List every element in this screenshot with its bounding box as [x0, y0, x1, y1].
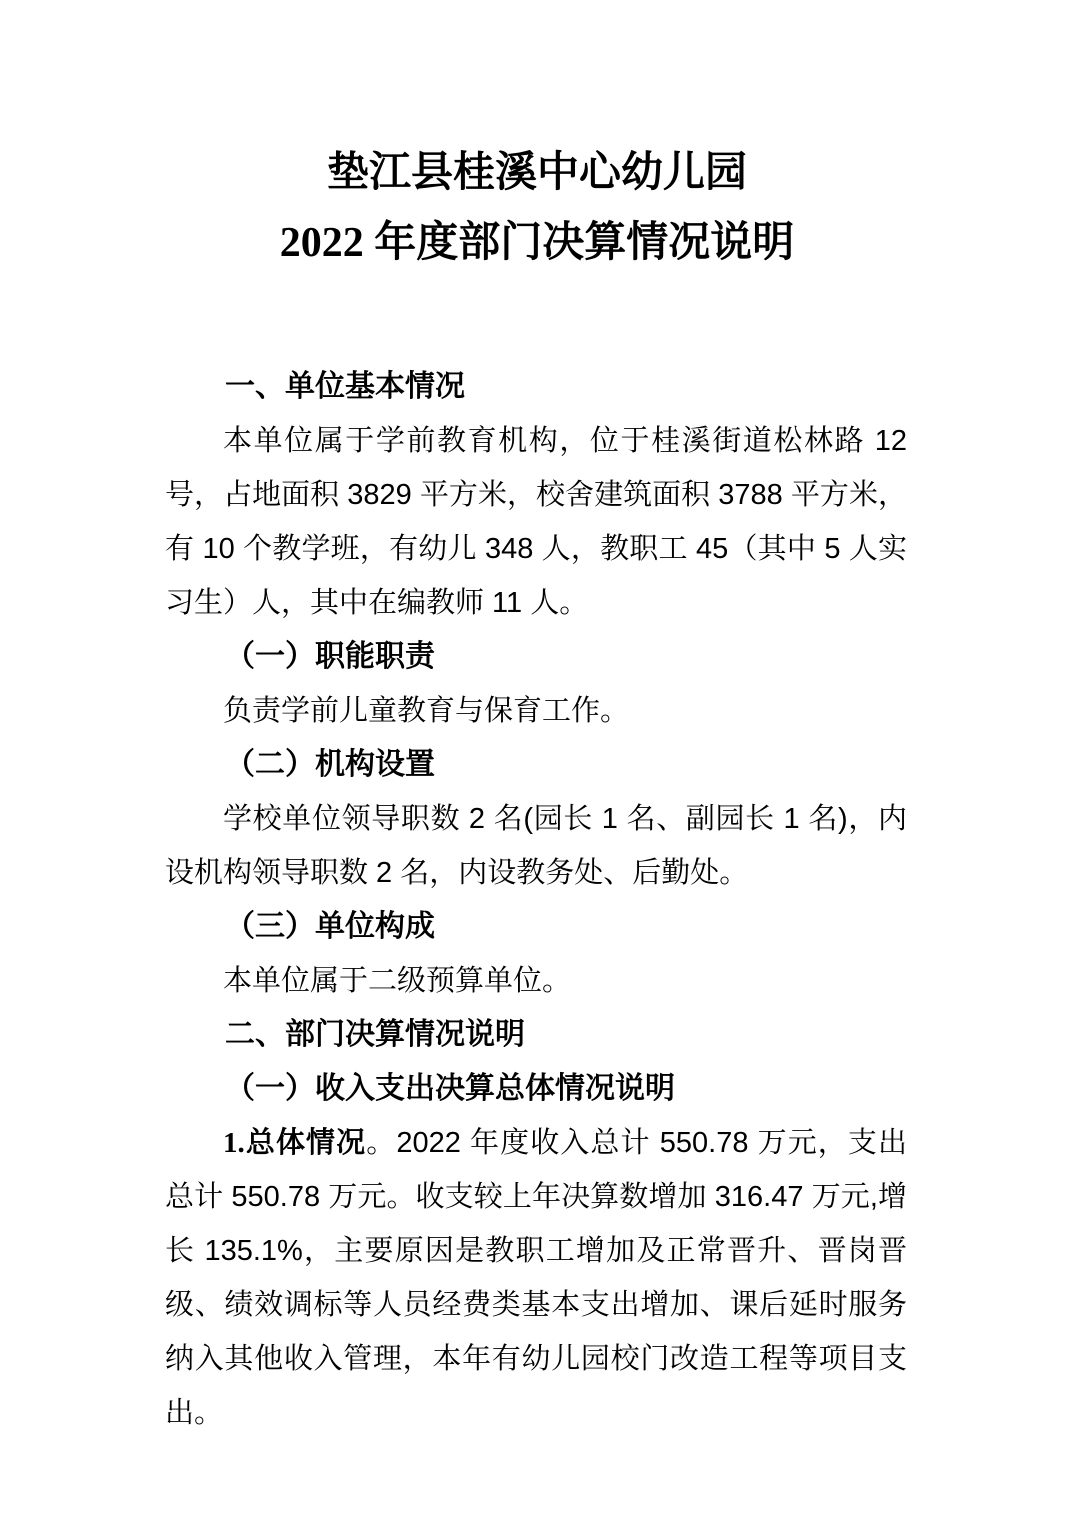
para-overall-situation: 1.总体情况。2022 年度收入总计 550.78 万元，支出总计 550.78…	[165, 1116, 907, 1440]
heading-final-accounts: 二、部门决算情况说明	[165, 1008, 907, 1062]
heading-org-setup: （二）机构设置	[165, 738, 907, 792]
heading-income-expenditure-overview: （一）收入支出决算总体情况说明	[165, 1062, 907, 1116]
document-page: 垫江县桂溪中心幼儿园 2022 年度部门决算情况说明 一、单位基本情况 本单位属…	[0, 0, 1074, 1520]
para-unit-composition: 本单位属于二级预算单位。	[165, 954, 907, 1008]
document-title: 垫江县桂溪中心幼儿园 2022 年度部门决算情况说明	[0, 138, 1074, 278]
para-duties: 负责学前儿童教育与保育工作。	[165, 684, 907, 738]
text-overall-situation: 。2022 年度收入总计 550.78 万元，支出总计 550.78 万元。收支…	[165, 1127, 907, 1429]
para-unit-overview: 本单位属于学前教育机构，位于桂溪街道松林路 12 号，占地面积 3829 平方米…	[165, 414, 907, 630]
document-title-line-2: 2022 年度部门决算情况说明	[0, 208, 1074, 278]
lead-overall-situation: 1.总体情况	[223, 1127, 366, 1159]
heading-unit-basic-info: 一、单位基本情况	[165, 360, 907, 414]
document-title-line-1: 垫江县桂溪中心幼儿园	[0, 138, 1074, 208]
para-org-setup: 学校单位领导职数 2 名(园长 1 名、副园长 1 名)，内设机构领导职数 2 …	[165, 792, 907, 900]
heading-duties: （一）职能职责	[165, 630, 907, 684]
heading-unit-composition: （三）单位构成	[165, 900, 907, 954]
document-body: 一、单位基本情况 本单位属于学前教育机构，位于桂溪街道松林路 12 号，占地面积…	[165, 360, 907, 1440]
